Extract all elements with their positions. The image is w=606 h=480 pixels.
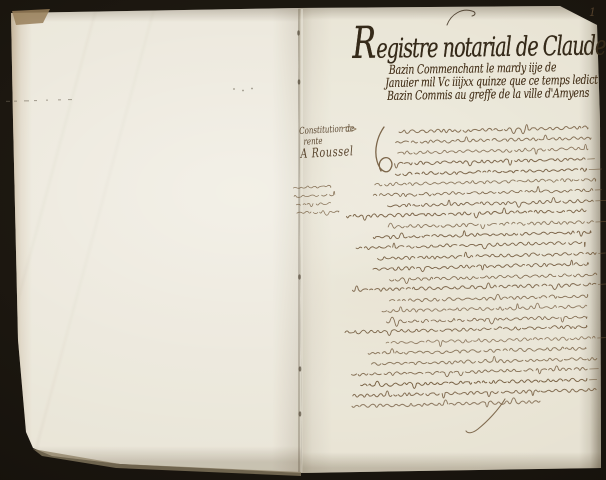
script-line (596, 200, 606, 201)
script-line (347, 208, 586, 220)
script-line (296, 203, 330, 207)
script-line (294, 191, 335, 197)
script-line (356, 242, 585, 250)
register-title: Registre notarial de Claude (352, 18, 606, 66)
script-line (390, 294, 588, 301)
script-line (368, 347, 586, 354)
script-line (386, 336, 595, 346)
faint-dotted-mark (68, 99, 72, 100)
ink-speck (242, 90, 244, 92)
heading-line-3: Bazin Commis au greffe de la ville d'Amy… (387, 86, 598, 102)
faint-dotted-mark (46, 100, 48, 101)
faint-dotted-mark (14, 101, 17, 102)
binding-stitch-mark (299, 366, 302, 371)
ink-speck (251, 88, 253, 90)
script-line (353, 389, 596, 398)
binding-stitch-mark (299, 411, 302, 416)
script-line (598, 284, 606, 285)
script-line (373, 260, 588, 271)
script-line (399, 125, 588, 134)
script-line (373, 187, 593, 197)
script-line (395, 158, 585, 168)
script-line (352, 398, 540, 407)
margin-note: Constitution de rente A Roussel (299, 123, 356, 160)
script-line (378, 252, 597, 260)
binding-stitch-mark (297, 30, 300, 35)
script-line (388, 198, 594, 208)
script-line (376, 127, 392, 172)
faint-dotted-mark (58, 99, 61, 100)
binding-stitch-mark (298, 274, 301, 279)
script-line (353, 283, 596, 291)
faint-dotted-mark (34, 100, 37, 101)
script-line (297, 211, 339, 216)
script-line (345, 325, 587, 335)
folio-number: 1 (589, 6, 596, 19)
script-line (386, 316, 587, 326)
binding-stitch-mark (298, 79, 301, 84)
script-line (382, 303, 587, 312)
title-initial: R (352, 18, 376, 69)
script-line (361, 378, 587, 388)
script-line (375, 178, 596, 186)
faint-dotted-mark (6, 101, 10, 102)
faint-dotted-mark (24, 100, 29, 101)
script-line (589, 169, 602, 170)
manuscript-scan: Registre notarial de Claude Bazin Commen… (0, 0, 606, 480)
register-heading: Bazin Commenchant le mardy iije de Janui… (385, 60, 598, 102)
script-line (395, 168, 586, 175)
script-line (373, 231, 591, 239)
ink-speck (233, 88, 235, 90)
script-line (293, 185, 331, 188)
script-line (390, 273, 597, 283)
script-line (396, 135, 591, 143)
script-line (388, 221, 593, 229)
script-line (372, 356, 597, 365)
margin-note-name: A Roussel (300, 146, 355, 160)
script-line (398, 144, 588, 154)
script-line (596, 222, 606, 223)
script-line (352, 366, 588, 377)
